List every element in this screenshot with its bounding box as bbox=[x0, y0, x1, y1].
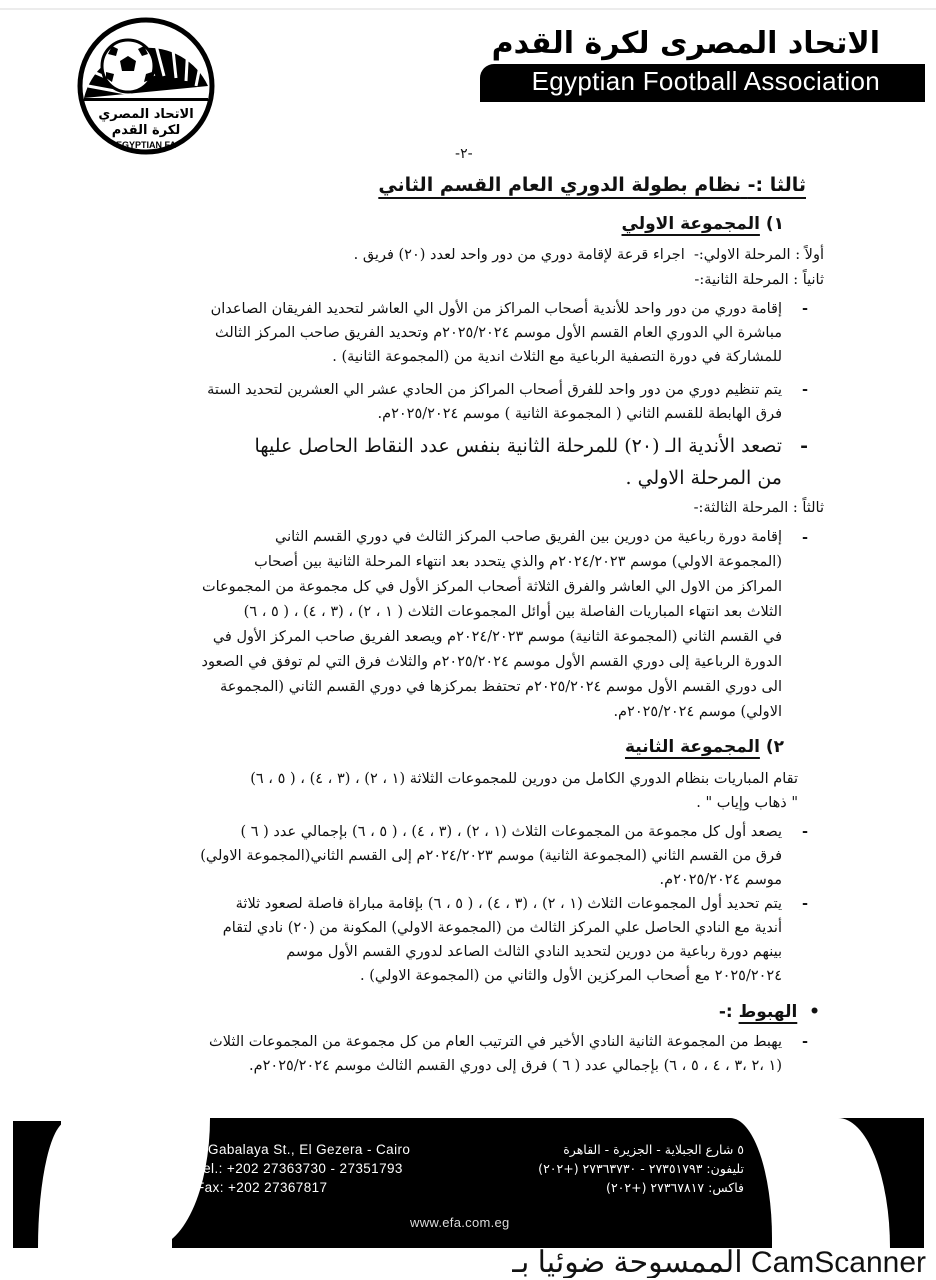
footer-address-ar: ٥ شارع الجبلاية - الجزيرة - القاهرة bbox=[538, 1140, 744, 1159]
footer-address-en: 5 Gabalaya St., El Gezera - Cairo bbox=[196, 1140, 410, 1159]
svg-text:لكرة القدم: لكرة القدم bbox=[112, 123, 180, 138]
footer-tel-ar: تليفون: ٢٧٣٥١٧٩٣ - ٢٧٣٦٣٧٣٠ (+٢٠٢) bbox=[538, 1159, 744, 1178]
org-name-arabic: الاتحاد المصرى لكرة القدم bbox=[492, 26, 880, 61]
group2-intro: تقام المباريات بنظام الدوري الكامل من دو… bbox=[98, 767, 798, 815]
footer-contact-arabic: ٥ شارع الجبلاية - الجزيرة - القاهرة تليف… bbox=[538, 1140, 744, 1197]
footer-contact-english: 5 Gabalaya St., El Gezera - Cairo Tel.: … bbox=[196, 1140, 410, 1197]
group2-item-2: - يتم تحديد أول المجموعات الثلاث (١ ، ٢)… bbox=[102, 892, 782, 988]
group2-heading: ٢) المجموعة الثانية bbox=[625, 737, 784, 757]
footer-fax-en: Fax: +202 27367817 bbox=[196, 1178, 410, 1197]
stage2-label: ثانياً : المرحلة الثانية:- bbox=[694, 268, 824, 292]
section-title: ثالثا :- نظام بطولة الدوري العام القسم ا… bbox=[378, 174, 806, 196]
stage1-line: أولاً : المرحلة الاولي:- اجراء قرعة لإقا… bbox=[354, 243, 824, 267]
stage3-label: ثالثاً : المرحلة الثالثة:- bbox=[694, 496, 824, 520]
page-number: -٢- bbox=[455, 146, 473, 162]
scan-edge-line bbox=[0, 8, 936, 10]
stage2-item-1: - إقامة دوري من دور واحد للأندية أصحاب ا… bbox=[102, 297, 782, 369]
stage3-item-1: - إقامة دورة رباعية من دورين بين الفريق … bbox=[102, 525, 782, 725]
stage2-item-2: - يتم تنظيم دوري من دور واحد للفرق أصحاب… bbox=[102, 378, 782, 426]
relegation-item-1: - يهبط من المجموعة الثانية النادي الأخير… bbox=[102, 1030, 782, 1078]
footer-fax-ar: فاكس: ٢٧٣٦٧٨١٧ (+٢٠٢) bbox=[538, 1178, 744, 1197]
relegation-heading: • الهبوط :- bbox=[719, 1002, 820, 1022]
footer-tel-en: Tel.: +202 27363730 - 27351793 bbox=[196, 1159, 410, 1178]
svg-text:الاتحاد المصري: الاتحاد المصري bbox=[98, 107, 193, 122]
footer-website-link[interactable]: www.efa.com.eg bbox=[410, 1213, 510, 1232]
group2-item-1: - يصعد أول كل مجموعة من المجموعات الثلاث… bbox=[102, 820, 782, 892]
efa-crest-icon: الاتحاد المصري لكرة القدم EGYPTIAN FA bbox=[76, 16, 216, 156]
org-name-english: Egyptian Football Association bbox=[532, 66, 880, 97]
camscanner-watermark: الممسوحة ضوئيا بـ CamScanner bbox=[512, 1242, 926, 1278]
svg-text:EGYPTIAN FA: EGYPTIAN FA bbox=[116, 140, 177, 150]
group1-heading: ١) المجموعة الاولي bbox=[622, 214, 784, 234]
stage2-item-3: - تصعد الأندية الـ (٢٠) للمرحلة الثانية … bbox=[102, 430, 782, 494]
